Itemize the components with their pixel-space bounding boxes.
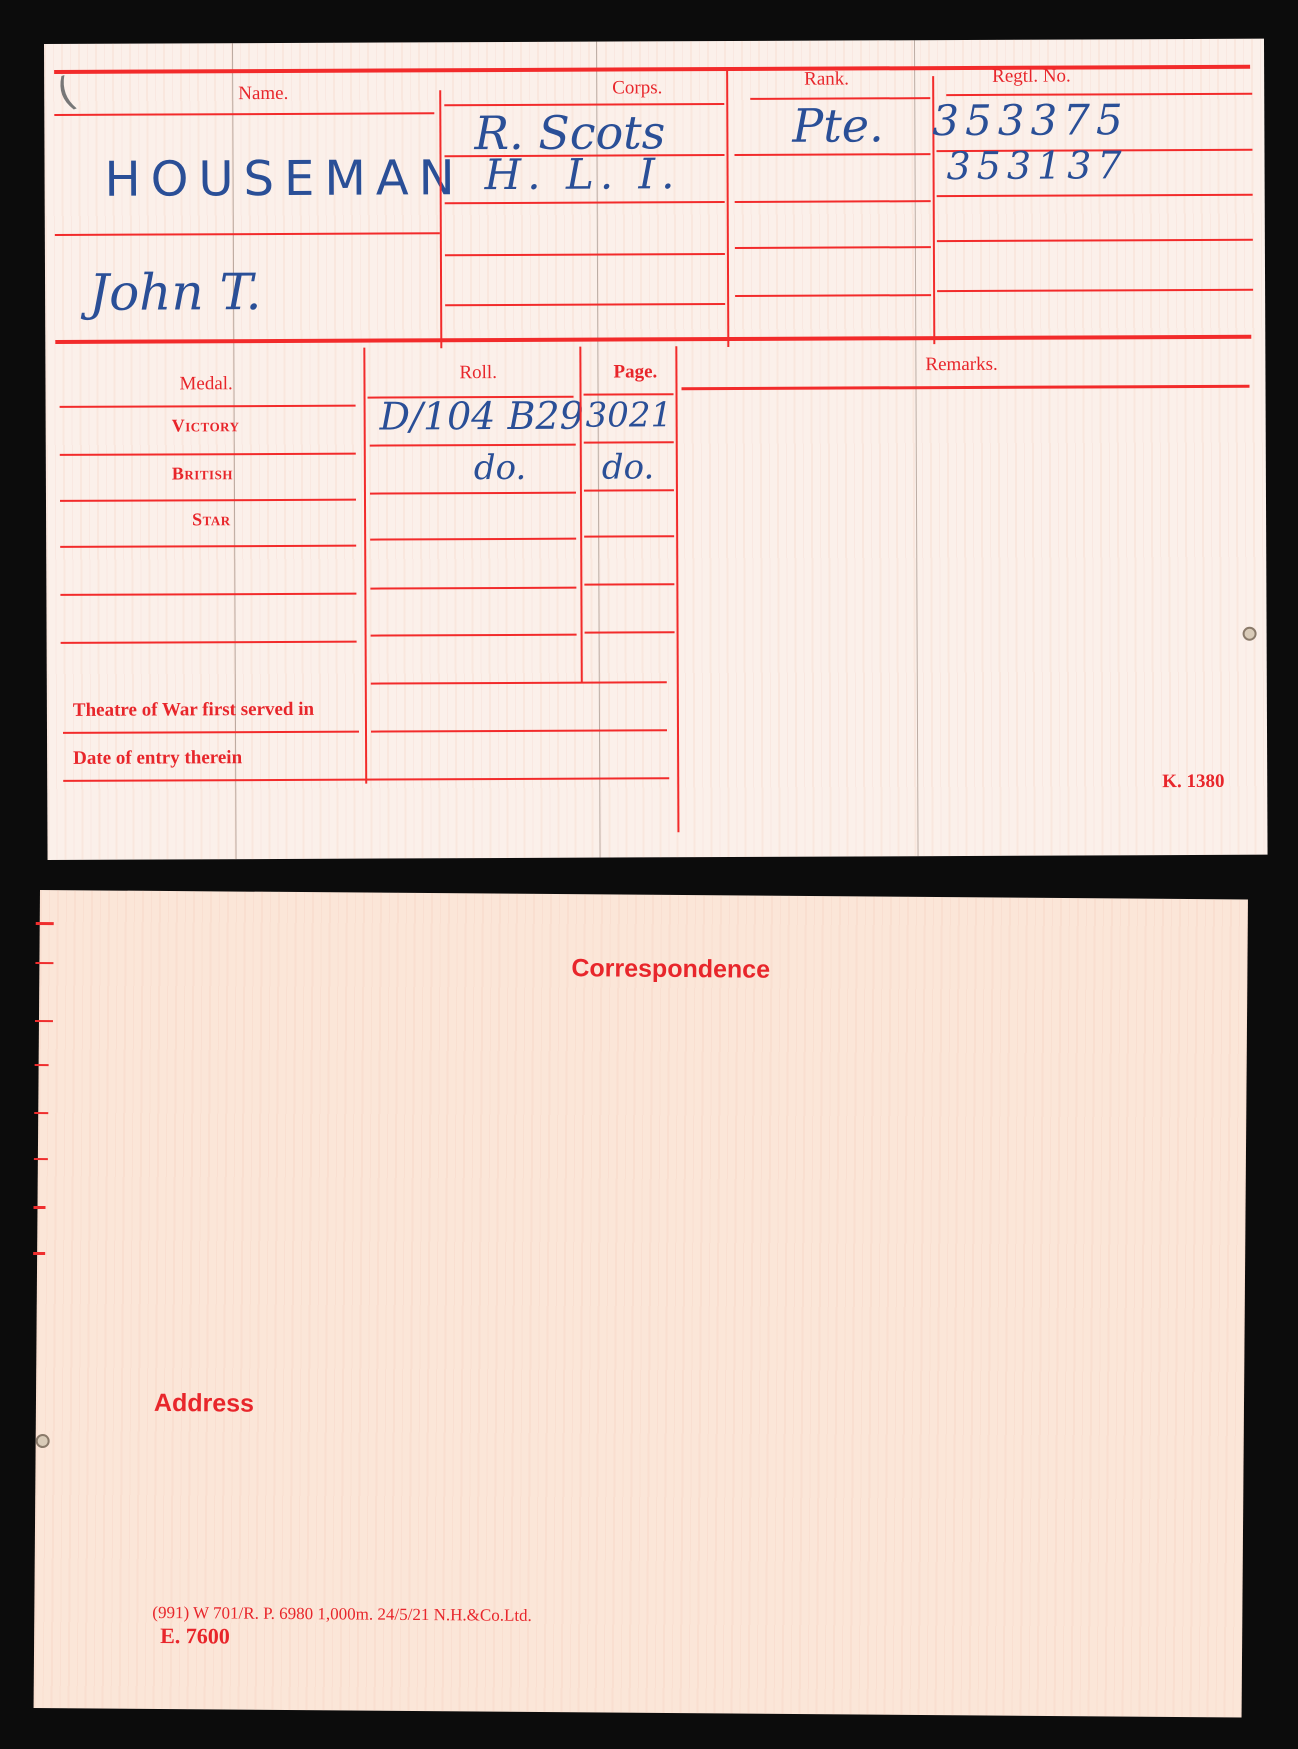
rule <box>60 453 356 456</box>
printer-code: E. 7600 <box>160 1623 230 1649</box>
rule <box>63 731 359 734</box>
rule <box>937 289 1253 292</box>
rule <box>584 535 674 537</box>
page-british-entry: do. <box>602 447 655 487</box>
punch-hole-icon <box>1243 627 1257 641</box>
name-header: Name. <box>238 83 288 105</box>
medal-star-label: Star <box>192 509 231 530</box>
medal-card-back: Correspondence Address (991) W 701/R. P.… <box>34 890 1248 1717</box>
margin-tick <box>33 1206 45 1209</box>
regtl-no-entry-1: 353375 <box>932 95 1129 145</box>
form-number: K. 1380 <box>1162 771 1224 793</box>
column-divider <box>439 90 442 348</box>
theatre-of-war-label: Theatre of War first served in <box>73 699 314 722</box>
rule <box>584 583 674 585</box>
margin-tick <box>35 1020 53 1022</box>
punch-hole-icon <box>36 1434 50 1448</box>
margin-tick <box>33 1252 45 1255</box>
roll-header: Roll. <box>459 362 497 384</box>
rule <box>584 441 674 443</box>
regtl-no-header: Regtl. No. <box>992 66 1071 88</box>
roll-british-entry: do. <box>474 448 527 488</box>
printer-line: (991) W 701/R. P. 6980 1,000m. 24/5/21 N… <box>136 1585 532 1670</box>
rule <box>371 634 577 637</box>
rule <box>735 294 931 297</box>
rule <box>735 246 931 249</box>
rule <box>61 641 357 644</box>
medal-british-label: British <box>172 463 233 484</box>
rule <box>937 239 1253 242</box>
margin-tick <box>35 962 53 964</box>
margin-tick <box>36 922 54 925</box>
rule <box>371 729 667 732</box>
rank-header: Rank. <box>804 68 849 90</box>
printer-line-text: (991) W 701/R. P. 6980 1,000m. 24/5/21 N… <box>152 1603 532 1625</box>
medal-card-front: ( Name. HOUSEMAN John T. Corps. R. Scots… <box>44 39 1268 860</box>
rule <box>937 194 1253 197</box>
rule <box>370 538 576 541</box>
remarks-header: Remarks. <box>925 354 997 376</box>
medal-header: Medal. <box>179 373 232 395</box>
rule <box>60 405 356 408</box>
rule <box>55 232 440 236</box>
rule <box>370 587 576 590</box>
medal-victory-label: Victory <box>172 415 240 436</box>
roll-victory-entry: D/104 B29 <box>380 394 584 439</box>
middle-rule <box>55 335 1251 344</box>
rule <box>584 489 674 491</box>
corps-header: Corps. <box>612 77 662 99</box>
guide-line <box>914 40 919 856</box>
pencil-mark: ( <box>51 69 82 118</box>
column-divider <box>726 71 729 347</box>
rule <box>735 200 931 203</box>
rule <box>60 499 356 502</box>
rule <box>370 492 576 495</box>
margin-tick <box>34 1112 48 1114</box>
rule <box>445 201 725 204</box>
margin-tick <box>34 1158 48 1160</box>
rule <box>585 631 675 633</box>
date-of-entry-label: Date of entry therein <box>73 747 242 770</box>
margin-tick <box>35 1064 49 1066</box>
forenames-entry: John T. <box>89 263 262 322</box>
rule <box>60 593 356 596</box>
page-header: Page. <box>613 361 657 383</box>
rule <box>734 153 930 156</box>
surname-entry: HOUSEMAN <box>104 150 464 208</box>
page-victory-entry: 3021 <box>586 395 673 435</box>
address-label: Address <box>154 1389 254 1419</box>
correspondence-heading: Correspondence <box>571 954 770 985</box>
column-divider <box>363 348 367 784</box>
regtl-no-entry-2: 353137 <box>946 143 1127 188</box>
column-divider <box>675 346 679 832</box>
rule <box>54 112 434 116</box>
corps-entry-2: H. L. I. <box>484 149 680 199</box>
rule <box>445 303 725 306</box>
rule <box>371 681 667 684</box>
rule <box>60 545 356 548</box>
rank-entry: Pte. <box>792 98 884 152</box>
rule <box>370 444 576 447</box>
rule <box>682 385 1250 390</box>
rule <box>445 253 725 256</box>
